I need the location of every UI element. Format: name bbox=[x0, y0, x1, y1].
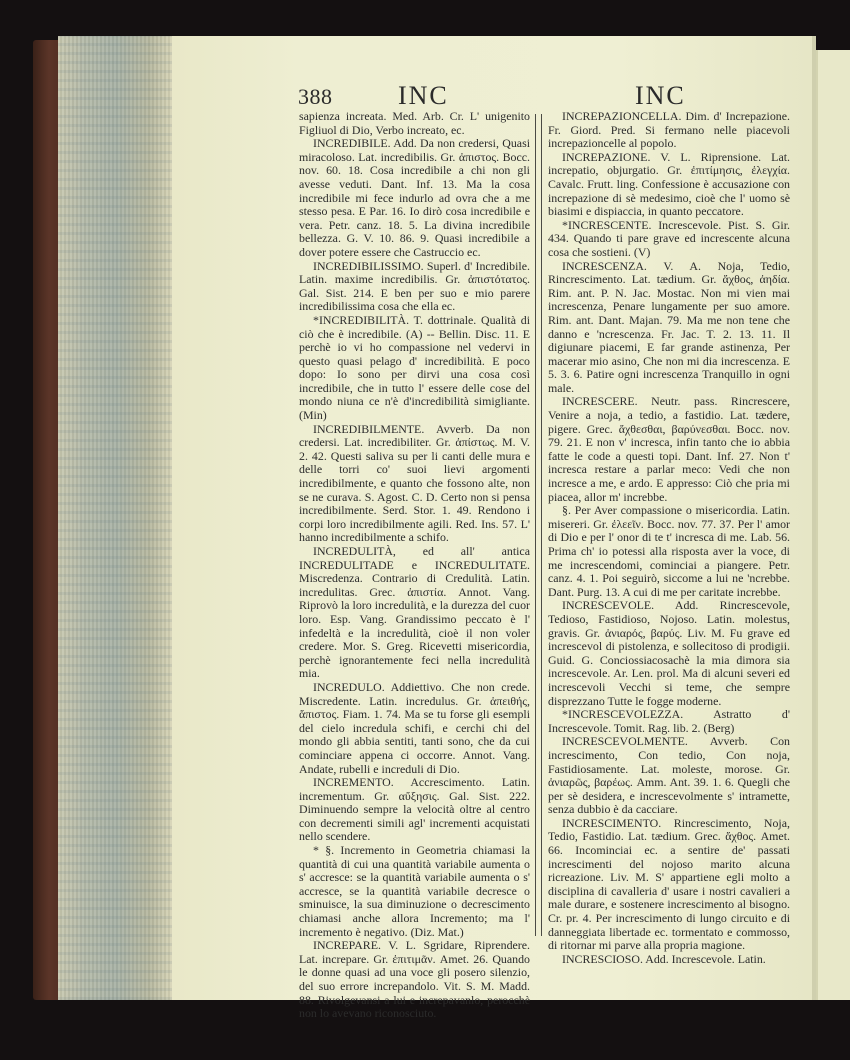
dictionary-entry: INCREPAZIONE. V. L. Riprensione. Lat. in… bbox=[548, 151, 790, 219]
dictionary-entry: INCREPARE. V. L. Sgridare, Riprendere. L… bbox=[299, 939, 530, 1021]
facing-page-edge bbox=[816, 50, 850, 1000]
dictionary-entry: INCREDULITÀ, ed all' antica INCREDULITAD… bbox=[299, 545, 530, 681]
dictionary-entry: *INCRESCENTE. Increscevole. Pist. S. Gir… bbox=[548, 219, 790, 260]
dictionary-entry: INCRESCEVOLMENTE. Avverb. Con increscime… bbox=[548, 735, 790, 817]
page-number: 388 bbox=[298, 84, 333, 110]
right-column: INCREPAZIONCELLA. Dim. d' Increpazione. … bbox=[548, 110, 790, 966]
dictionary-entry: INCRESCEVOLE. Add. Rincrescevole, Tedios… bbox=[548, 599, 790, 708]
dictionary-entry: INCREPAZIONCELLA. Dim. d' Increpazione. … bbox=[548, 110, 790, 151]
running-head-right: INC bbox=[635, 81, 686, 111]
dictionary-entry: INCRESCENZA. V. A. Noja, Tedio, Rincresc… bbox=[548, 260, 790, 396]
dictionary-entry: *INCRESCEVOLEZZA. Astratto d' Increscevo… bbox=[548, 708, 790, 735]
page-edges-stack bbox=[58, 36, 173, 1000]
dictionary-entry: INCREDIBILE. Add. Da non credersi, Quasi… bbox=[299, 137, 530, 259]
dictionary-entry: INCREDIBILISSIMO. Superl. d' Incredibile… bbox=[299, 260, 530, 314]
running-head-left: INC bbox=[398, 81, 449, 111]
dictionary-entry: INCRESCERE. Neutr. pass. Rincrescere, Ve… bbox=[548, 395, 790, 504]
dictionary-entry: *INCREDIBILITÀ. T. dottrinale. Qualità d… bbox=[299, 314, 530, 423]
dictionary-entry: INCRESCIMENTO. Rincrescimento, Noja, Ted… bbox=[548, 817, 790, 953]
dictionary-entry: sapienza increata. Med. Arb. Cr. L' unig… bbox=[299, 110, 530, 137]
dictionary-entry: * §. Incremento in Geometria chiamasi la… bbox=[299, 844, 530, 939]
column-divider bbox=[535, 114, 542, 936]
dictionary-entry: INCRESCIOSO. Add. Increscevole. Latin. bbox=[548, 953, 790, 967]
dictionary-entry: §. Per Aver compassione o misericordia. … bbox=[548, 504, 790, 599]
dictionary-entry: INCREDULO. Addiettivo. Che non crede. Mi… bbox=[299, 681, 530, 776]
dictionary-entry: INCREDIBILMENTE. Avverb. Da non credersi… bbox=[299, 423, 530, 545]
left-column: sapienza increata. Med. Arb. Cr. L' unig… bbox=[299, 110, 530, 1021]
dictionary-entry: INCREMENTO. Accrescimento. Latin. increm… bbox=[299, 776, 530, 844]
